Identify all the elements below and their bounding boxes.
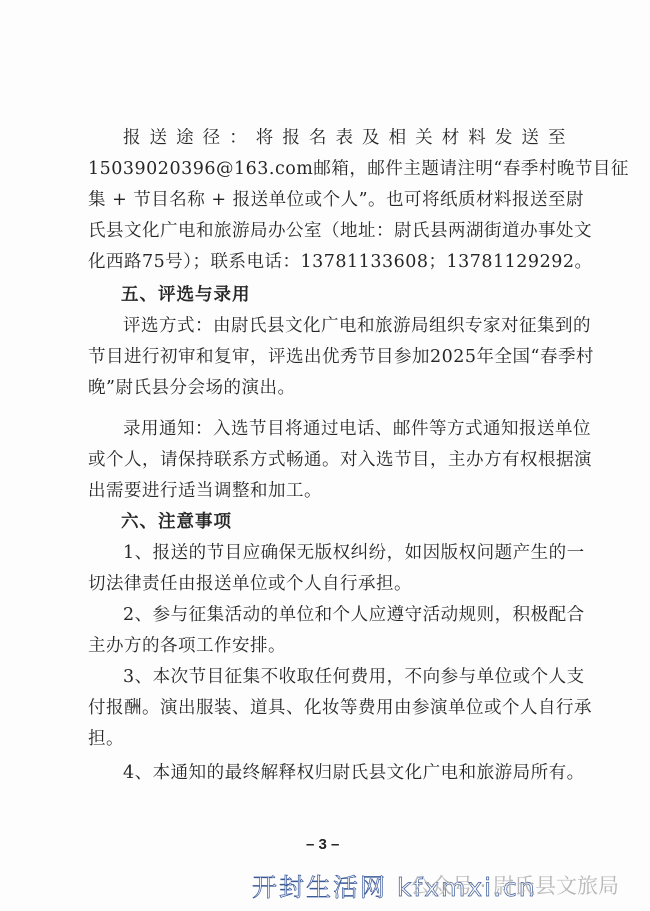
section-6-item-3-line-3: 担。 — [88, 728, 566, 750]
delivery-line-1: 报 送 途 径 ： 将 报 名 表 及 相 关 材 料 发 送 至 — [123, 127, 566, 149]
section-6-item-3-line-1: 3、本次节目征集不收取任何费用，不向参与单位或个人支 — [123, 666, 566, 688]
section-6-item-4: 4、本通知的最终解释权归尉氏县文化广电和旅游局所有。 — [123, 762, 601, 784]
document-page: 报 送 途 径 ： 将 报 名 表 及 相 关 材 料 发 送 至 150390… — [0, 0, 650, 911]
section-5-line-3: 晚”尉氏县分会场的演出。 — [88, 377, 566, 399]
delivery-line-5: 化西路75号）；联系电话：13781133608；13781129292。 — [88, 251, 566, 273]
section-5-heading: 五、评选与录用 — [121, 284, 599, 306]
section-6-item-3-line-2: 付报酬。演出服装、道具、化妆等费用由参演单位或个人自行承 — [88, 697, 566, 719]
section-6-item-2-line-2: 主办方的各项工作安排。 — [88, 635, 566, 657]
section-5-line-5: 或个人，请保持联系方式畅通。对入选节目，主办方有权根据演 — [88, 449, 566, 471]
account-watermark: 公众号 · 尉氏县文旅局 — [410, 870, 619, 900]
section-5-line-6: 出需要进行适当调整和加工。 — [88, 480, 566, 502]
section-6-item-1-line-1: 1、报送的节目应确保无版权纠纷，如因版权问题产生的一 — [123, 542, 566, 564]
section-6-item-1-line-2: 切法律责任由报送单位或个人自行承担。 — [88, 573, 566, 595]
section-5-line-1: 评选方式：由尉氏县文化广电和旅游局组织专家对征集到的 — [123, 315, 566, 337]
page-number: – 3 – — [306, 836, 339, 853]
section-5-line-4: 录用通知：入选节目将通过电话、邮件等方式通知报送单位 — [123, 418, 566, 440]
delivery-line-3: 集 + 节目名称 + 报送单位或个人”。也可将纸质材料报送至尉 — [88, 189, 566, 211]
delivery-line-2: 15039020396@163.com邮箱，邮件主题请注明“春季村晚节目征 — [88, 158, 566, 180]
section-5-line-2: 节目进行初审和复审，评选出优秀节目参加2025年全国“春季村 — [88, 346, 566, 368]
section-6-heading: 六、注意事项 — [121, 511, 599, 533]
section-6-item-2-line-1: 2、参与征集活动的单位和个人应遵守活动规则，积极配合 — [123, 604, 566, 626]
delivery-line-4: 氏县文化广电和旅游局办公室（地址：尉氏县两湖街道办事处文 — [88, 220, 566, 242]
